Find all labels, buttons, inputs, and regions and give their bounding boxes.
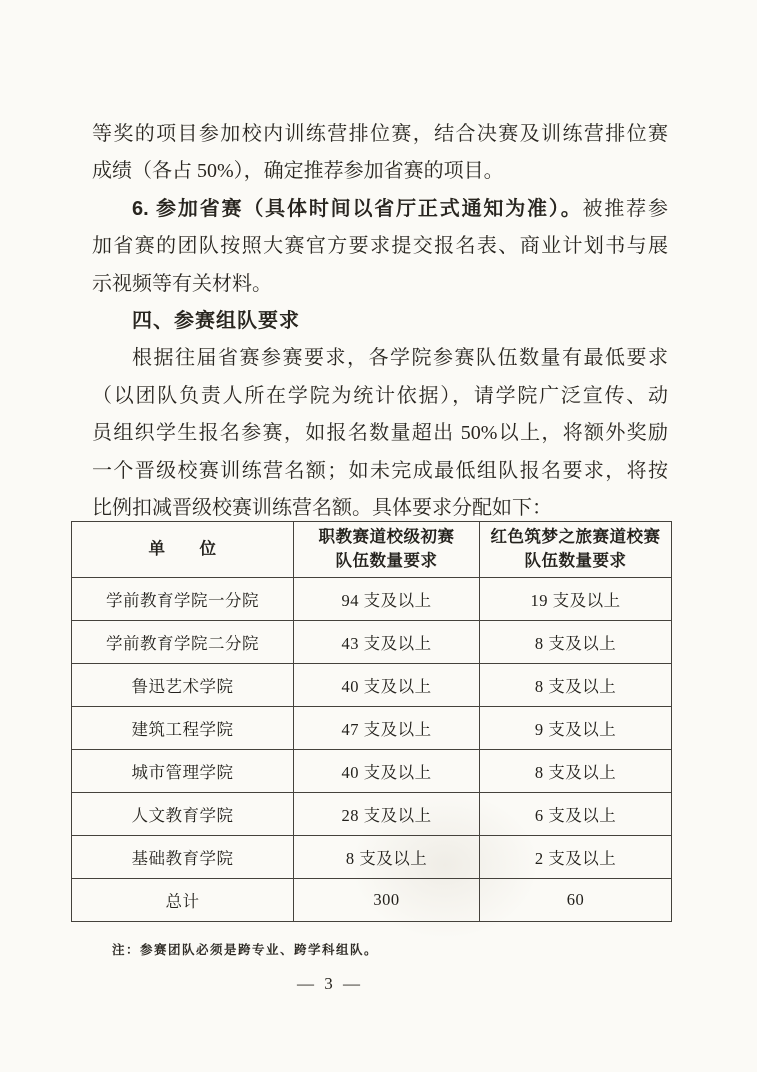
unit-cell: 鲁迅艺术学院 (72, 664, 294, 707)
unit-cell: 总计 (72, 879, 294, 922)
note-text: 注：参赛团队必须是跨专业、跨学科组队。 (112, 940, 378, 958)
vocational-cell: 28 支及以上 (294, 793, 480, 836)
vocational-cell: 47 支及以上 (294, 707, 480, 750)
document-body: 等奖的项目参加校内训练营排位赛，结合决赛及训练营排位赛 成绩（各占 50%），确… (92, 116, 668, 527)
header-vocational-line2: 队伍数量要求 (294, 550, 479, 573)
unit-cell: 学前教育学院一分院 (72, 578, 294, 621)
bold-run: 6. 参加省赛（具体时间以省厅正式通知为准）。 (132, 198, 583, 220)
table-row: 学前教育学院二分院 43 支及以上 8 支及以上 (72, 621, 672, 664)
unit-cell: 基础教育学院 (72, 836, 294, 879)
table-row: 建筑工程学院 47 支及以上 9 支及以上 (72, 707, 672, 750)
red-journey-cell: 19 支及以上 (480, 578, 672, 621)
paragraph-line: （以团队负责人所在学院为统计依据），请学院广泛宣传、动 (92, 378, 668, 415)
unit-cell: 人文教育学院 (72, 793, 294, 836)
header-red-journey-track: 红色筑梦之旅赛道校赛 队伍数量要求 (480, 522, 672, 578)
table-row: 鲁迅艺术学院 40 支及以上 8 支及以上 (72, 664, 672, 707)
paragraph-line: 成绩（各占 50%），确定推荐参加省赛的项目。 (92, 153, 668, 190)
red-journey-cell: 8 支及以上 (480, 664, 672, 707)
vocational-cell: 43 支及以上 (294, 621, 480, 664)
red-journey-cell: 8 支及以上 (480, 621, 672, 664)
header-unit: 单 位 (72, 522, 294, 578)
scanned-document-page: 等奖的项目参加校内训练营排位赛，结合决赛及训练营排位赛 成绩（各占 50%），确… (0, 0, 757, 1072)
paragraph-line: 6. 参加省赛（具体时间以省厅正式通知为准）。被推荐参 (92, 191, 668, 228)
requirements-table: 单 位 职教赛道校级初赛 队伍数量要求 红色筑梦之旅赛道校赛 队伍数量要求 学前… (71, 521, 672, 922)
table-row: 基础教育学院 8 支及以上 2 支及以上 (72, 836, 672, 879)
paragraph-line: 加省赛的团队按照大赛官方要求提交报名表、商业计划书与展 (92, 228, 668, 265)
header-vocational-line1: 职教赛道校级初赛 (294, 526, 479, 549)
section-heading-4: 四、参赛组队要求 (92, 303, 668, 340)
table-row: 城市管理学院 40 支及以上 8 支及以上 (72, 750, 672, 793)
vocational-cell: 8 支及以上 (294, 836, 480, 879)
vocational-cell: 300 (294, 879, 480, 922)
unit-cell: 城市管理学院 (72, 750, 294, 793)
page-number: — 3 — (0, 974, 660, 994)
table-row-total: 总计 300 60 (72, 879, 672, 922)
header-red-line2: 队伍数量要求 (480, 550, 671, 573)
red-journey-cell: 6 支及以上 (480, 793, 672, 836)
unit-cell: 学前教育学院二分院 (72, 621, 294, 664)
red-journey-cell: 60 (480, 879, 672, 922)
red-journey-cell: 2 支及以上 (480, 836, 672, 879)
table-row: 人文教育学院 28 支及以上 6 支及以上 (72, 793, 672, 836)
table-row: 学前教育学院一分院 94 支及以上 19 支及以上 (72, 578, 672, 621)
unit-cell: 建筑工程学院 (72, 707, 294, 750)
red-journey-cell: 9 支及以上 (480, 707, 672, 750)
vocational-cell: 40 支及以上 (294, 664, 480, 707)
vocational-cell: 40 支及以上 (294, 750, 480, 793)
paragraph-line: 一个晋级校赛训练营名额；如未完成最低组队报名要求，将按 (92, 453, 668, 490)
header-red-line1: 红色筑梦之旅赛道校赛 (480, 526, 671, 549)
paragraph-line: 示视频等有关材料。 (92, 266, 668, 303)
paragraph-line: 根据往届省赛参赛要求，各学院参赛队伍数量有最低要求 (92, 340, 668, 377)
text-run: 被推荐参 (583, 198, 668, 220)
red-journey-cell: 8 支及以上 (480, 750, 672, 793)
table-header-row: 单 位 职教赛道校级初赛 队伍数量要求 红色筑梦之旅赛道校赛 队伍数量要求 (72, 522, 672, 578)
paragraph-line: 员组织学生报名参赛，如报名数量超出 50%以上，将额外奖励 (92, 415, 668, 452)
paragraph-line: 等奖的项目参加校内训练营排位赛，结合决赛及训练营排位赛 (92, 116, 668, 153)
header-vocational-track: 职教赛道校级初赛 队伍数量要求 (294, 522, 480, 578)
vocational-cell: 94 支及以上 (294, 578, 480, 621)
